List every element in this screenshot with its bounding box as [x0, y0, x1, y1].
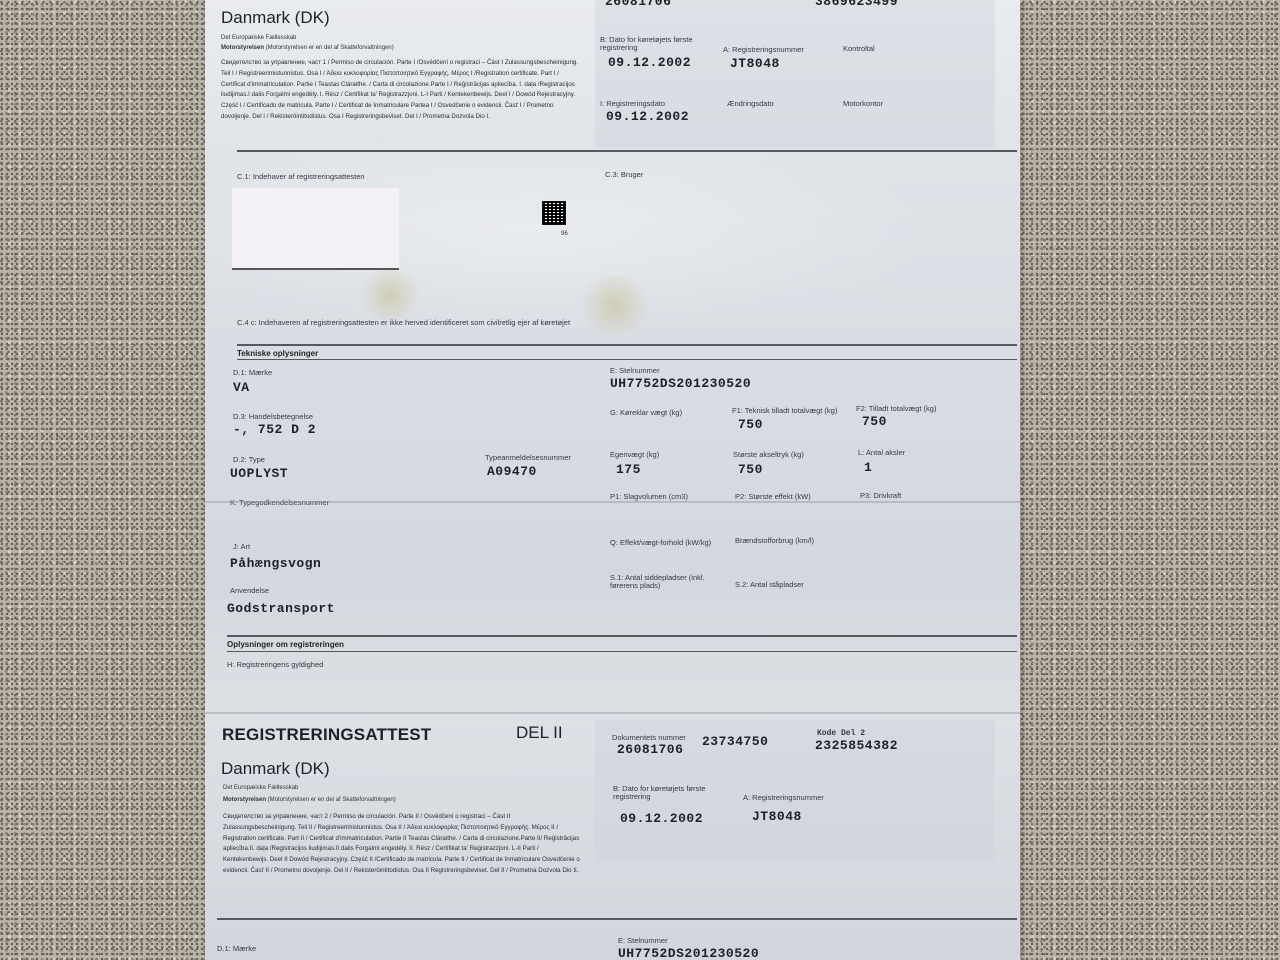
usage-value: Godstransport	[227, 601, 335, 616]
divider	[237, 344, 1017, 346]
type-label: D.2: Type	[233, 455, 265, 464]
code-value: 2325854382	[815, 738, 898, 753]
divider	[237, 150, 1017, 152]
certificate-part: DEL II	[516, 723, 563, 743]
multilingual-text: Свидетелство за управление, част 1 / Per…	[221, 58, 581, 123]
displacement-label: P1: Slagvolumen (cm3)	[610, 492, 688, 501]
type-approval-label: Typeanmeldelsesnummer	[485, 453, 571, 462]
make-value: VA	[233, 380, 250, 395]
doc-number-label: Dokumentets nummer	[612, 733, 686, 742]
reg-number-label: A: Registreringsnummer	[723, 45, 804, 54]
reg-number-label-part2: A: Registreringsnummer	[743, 793, 824, 802]
standing-label: S.2: Antal ståpladser	[735, 580, 804, 589]
authority-name: Motorstyrelsen	[221, 45, 264, 51]
trade-name-value: -, 752 D 2	[233, 422, 316, 437]
reg-date-value: 09.12.2002	[606, 109, 689, 124]
make-label-part2: D.1: Mærke	[217, 944, 256, 953]
holder-label: C.1: Indehaver af registreringsattesten	[237, 172, 365, 181]
first-reg-value-part2: 09.12.2002	[620, 811, 703, 826]
control-number-top: 3869623499	[815, 0, 898, 9]
authority-note: (Motorstyrelsen er en del af Skatteforva…	[266, 45, 394, 51]
country-heading-part2: Danmark (DK)	[221, 759, 330, 779]
community-text-part2: Det Europæiske Fællesskab	[223, 785, 298, 791]
vin-label-part2: E: Stelnummer	[618, 936, 668, 945]
own-weight-label: Egenvægt (kg)	[610, 450, 659, 459]
axle-load-label: Største akseltryk (kg)	[733, 450, 804, 459]
code-label: Kode Del 2	[817, 729, 865, 738]
doc-number-value-2: 23734750	[702, 734, 768, 749]
registration-info-heading: Oplysninger om registreringen	[227, 640, 344, 649]
disclaimer-text: C.4 c: Indehaveren af registreringsattes…	[237, 318, 570, 327]
multilingual-text-part2: Свидетелство за управление, част 2 / Per…	[223, 812, 583, 877]
tech-max-weight-value: 750	[738, 417, 763, 432]
redacted-holder-name	[232, 188, 399, 270]
kontroltal-label: Kontroltal	[843, 44, 875, 53]
barcode-number: 96	[561, 231, 568, 237]
datamatrix-barcode	[542, 201, 566, 225]
power-label: P2: Største effekt (kW)	[735, 492, 811, 501]
axles-label: L: Antal aksler	[858, 448, 905, 457]
first-reg-label: B: Dato for køretøjets første registreri…	[600, 36, 710, 52]
max-weight-label: F2: Tilladt totalvægt (kg)	[856, 404, 936, 413]
divider	[227, 635, 1017, 637]
divider	[227, 651, 1017, 652]
divider	[237, 359, 1017, 360]
stain	[355, 270, 425, 320]
axle-load-value: 750	[738, 462, 763, 477]
usage-label: Anvendelse	[230, 586, 269, 595]
kind-label: J: Art	[233, 542, 250, 551]
first-reg-value: 09.12.2002	[608, 55, 691, 70]
technical-heading: Tekniske oplysninger	[237, 349, 318, 358]
stain	[575, 275, 655, 335]
authority-text: Motorstyrelsen (Motorstyrelsen er en del…	[221, 45, 394, 51]
certificate-title: REGISTRERINGSATTEST	[222, 725, 431, 745]
fuel-label: P3: Drivkraft	[860, 491, 901, 500]
change-date-label: Ændringsdato	[727, 99, 774, 108]
own-weight-value: 175	[616, 462, 641, 477]
authority-name-part2: Motorstyrelsen	[223, 797, 266, 803]
community-text: Det Europæiske Fællesskab	[221, 35, 296, 41]
kind-value: Påhængsvogn	[230, 556, 321, 571]
make-label: D.1: Mærke	[233, 368, 272, 377]
doc-number-top: 26081706	[605, 0, 671, 9]
user-label: C.3: Bruger	[605, 170, 643, 179]
reg-date-label: I: Registreringsdato	[600, 99, 665, 108]
registration-certificate-paper: Danmark (DK) Det Europæiske Fællesskab M…	[205, 0, 1020, 960]
motorkontor-label: Motorkontor	[843, 99, 883, 108]
divider	[217, 918, 1017, 920]
reg-number-value: JT8048	[730, 56, 780, 71]
doc-number-value: 26081706	[617, 742, 683, 757]
reg-number-value-part2: JT8048	[752, 809, 802, 824]
max-weight-value: 750	[862, 414, 887, 429]
axles-value: 1	[864, 460, 872, 475]
authority-text-part2: Motorstyrelsen (Motorstyrelsen er en del…	[223, 797, 396, 803]
tech-max-weight-label: F1: Teknisk tilladt totalvægt (kg)	[732, 406, 837, 415]
power-ratio-label: Q: Effekt/vægt-forhold (kW/kg)	[610, 538, 711, 547]
vin-label: E: Stelnummer	[610, 366, 660, 375]
authority-note-part2: (Motorstyrelsen er en del af Skatteforva…	[268, 797, 396, 803]
validity-label: H: Registreringens gyldighed	[227, 660, 323, 669]
type-approval-value: A09470	[487, 464, 537, 479]
seats-label: S.1: Antal siddepladser (inkl. førerens …	[610, 574, 720, 590]
country-heading: Danmark (DK)	[221, 8, 330, 28]
type-value: UOPLYST	[230, 466, 288, 481]
kerb-weight-label: G: Køreklar vægt (kg)	[610, 408, 682, 417]
first-reg-label-part2: B: Dato for køretøjets første registreri…	[613, 785, 723, 801]
consumption-label: Brændstofforbrug (km/l)	[735, 536, 814, 545]
paper-fold	[205, 501, 1020, 503]
part1-info-panel	[595, 0, 995, 148]
vin-value: UH7752DS201230520	[610, 376, 751, 391]
vin-value-part2: UH7752DS201230520	[618, 946, 759, 960]
paper-fold	[205, 712, 1020, 714]
trade-name-label: D.3: Handelsbetegnelse	[233, 412, 313, 421]
